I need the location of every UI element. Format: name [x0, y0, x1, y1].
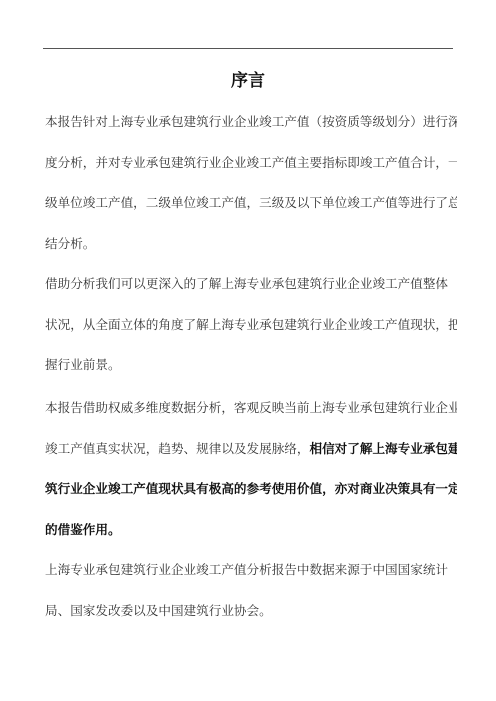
- text-run: 本报告针对上海专业承包建筑行业企业竣工产值（按资质等级划分）进行深: [45, 114, 457, 129]
- text-run: 状况，从全面立体的角度了解上海专业承包建筑行业企业竣工产值现状，把: [45, 317, 457, 332]
- text-run: 本报告借助权威多维度数据分析，客观反映当前上海专业承包建筑行业企业: [45, 400, 457, 415]
- paragraph-value: 本报告借助权威多维度数据分析，客观反映当前上海专业承包建筑行业企业 竣工产值真实…: [45, 388, 457, 550]
- header-rule: [43, 48, 453, 49]
- text-line: 本报告针对上海专业承包建筑行业企业竣工产值（按资质等级划分）进行深: [45, 102, 457, 143]
- text-run: 握行业前景。: [45, 357, 121, 372]
- text-line: 筑行业企业竣工产值现状具有极高的参考使用价值，亦对商业决策具有一定: [45, 469, 457, 510]
- text-run: 度分析，并对专业承包建筑行业企业竣工产值主要指标即竣工产值合计，一: [45, 155, 457, 170]
- text-run: 竣工产值真实状况，趋势、规律以及发展脉络，: [45, 441, 309, 456]
- text-line: 度分析，并对专业承包建筑行业企业竣工产值主要指标即竣工产值合计，一: [45, 143, 457, 184]
- text-run: 上海专业承包建筑行业企业竣工产值分析报告中数据来源于中国国家统计: [45, 562, 448, 577]
- text-line: 竣工产值真实状况，趋势、规律以及发展脉络，相信对了解上海专业承包建: [45, 429, 457, 470]
- text-line: 上海专业承包建筑行业企业竣工产值分析报告中数据来源于中国国家统计: [45, 550, 457, 591]
- paragraph-intro: 本报告针对上海专业承包建筑行业企业竣工产值（按资质等级划分）进行深 度分析，并对…: [45, 102, 457, 264]
- bold-text-run: 的借鉴作用。: [45, 522, 121, 537]
- bold-text-run: 相信对了解上海专业承包建: [309, 441, 457, 456]
- text-line: 局、国家发改委以及中国建筑行业协会。: [45, 591, 457, 632]
- text-line: 的借鉴作用。: [45, 510, 457, 551]
- text-run: 级单位竣工产值，二级单位竣工产值，三级及以下单位竣工产值等进行了总: [45, 195, 457, 210]
- text-run: 借助分析我们可以更深入的了解上海专业承包建筑行业企业竣工产值整体: [45, 276, 448, 291]
- paragraph-purpose: 借助分析我们可以更深入的了解上海专业承包建筑行业企业竣工产值整体 状况，从全面立…: [45, 264, 457, 386]
- document-page: 序言 本报告针对上海专业承包建筑行业企业竣工产值（按资质等级划分）进行深 度分析…: [0, 0, 496, 701]
- text-run: 局、国家发改委以及中国建筑行业协会。: [45, 603, 272, 618]
- bold-text-run: 筑行业企业竣工产值现状具有极高的参考使用价值，亦对商业决策具有一定: [45, 481, 457, 496]
- text-line: 状况，从全面立体的角度了解上海专业承包建筑行业企业竣工产值现状，把: [45, 305, 457, 346]
- paragraph-sources: 上海专业承包建筑行业企业竣工产值分析报告中数据来源于中国国家统计 局、国家发改委…: [45, 550, 457, 631]
- text-run: 结分析。: [45, 236, 95, 251]
- text-line: 结分析。: [45, 224, 457, 265]
- page-title: 序言: [0, 69, 496, 93]
- text-line: 握行业前景。: [45, 345, 457, 386]
- text-line: 级单位竣工产值，二级单位竣工产值，三级及以下单位竣工产值等进行了总: [45, 183, 457, 224]
- text-line: 本报告借助权威多维度数据分析，客观反映当前上海专业承包建筑行业企业: [45, 388, 457, 429]
- text-line: 借助分析我们可以更深入的了解上海专业承包建筑行业企业竣工产值整体: [45, 264, 457, 305]
